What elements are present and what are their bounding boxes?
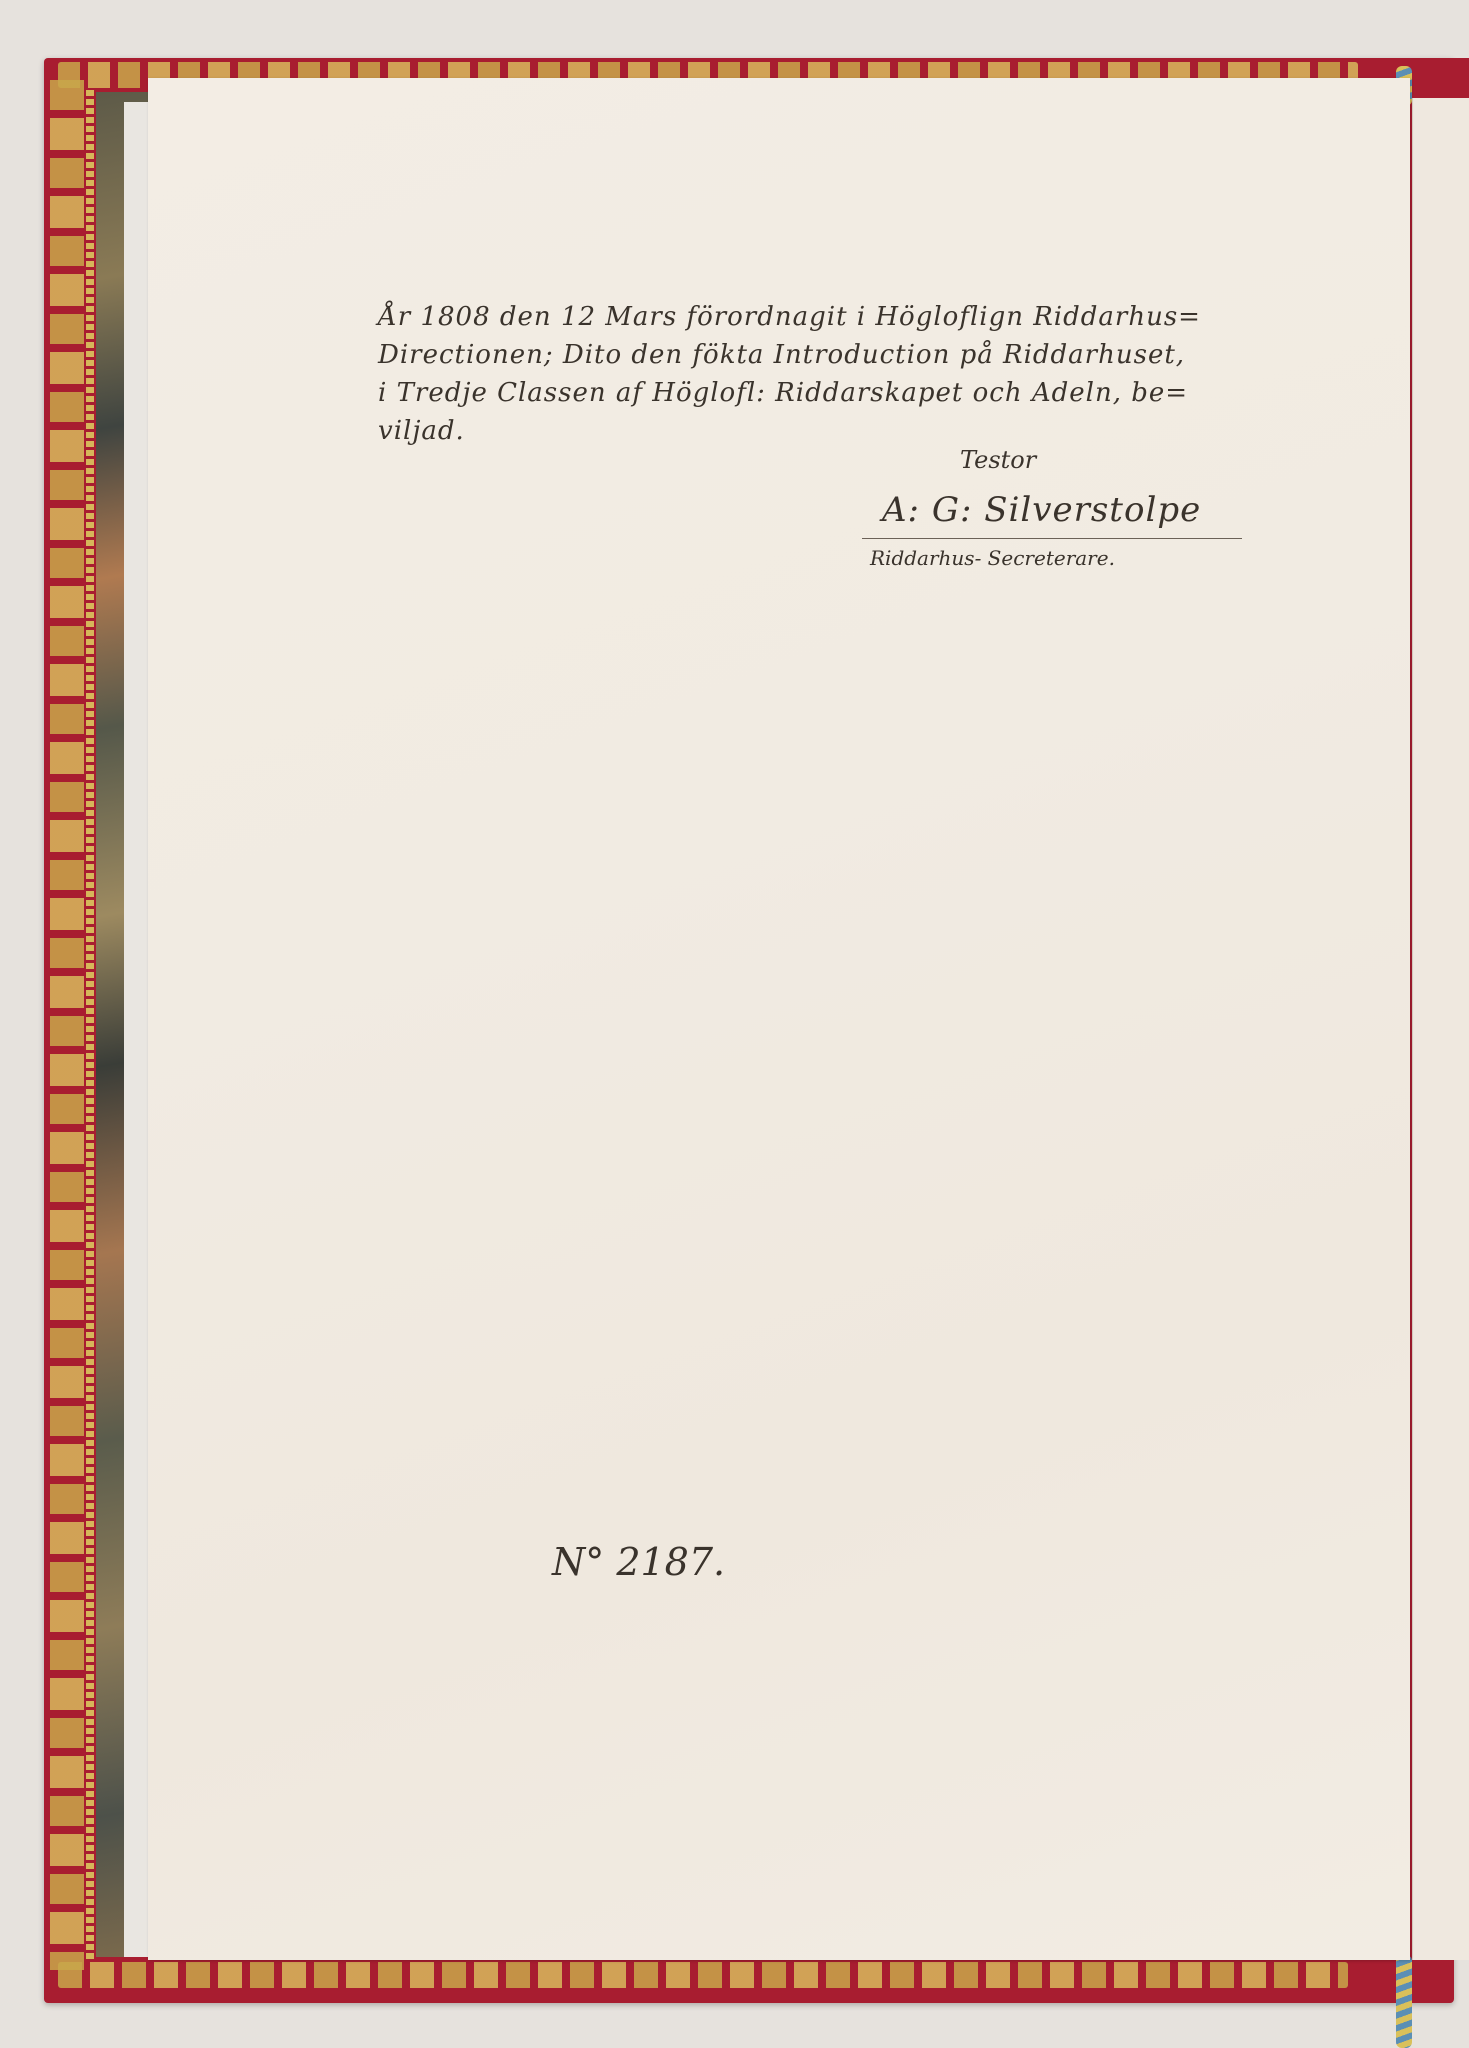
entry-line: År 1808 den 12 Mars förordnagit i Höglof…: [378, 298, 1388, 336]
handwritten-entry: År 1808 den 12 Mars förordnagit i Höglof…: [378, 298, 1388, 450]
signature-title: Riddarhus- Secreterare.: [870, 546, 1115, 570]
entry-line: Directionen; Dito den fökta Introduction…: [378, 336, 1388, 374]
facing-cover: [1412, 58, 1469, 98]
gilt-rope-ornament: [86, 90, 94, 1960]
entry-line: viljad.: [378, 412, 1388, 450]
facing-page-edge: [1412, 98, 1469, 1960]
bookmark-cord-bottom: [1396, 1955, 1412, 2048]
entry-line: i Tredje Classen af Höglofl: Riddarskape…: [378, 374, 1388, 412]
entry-number: N° 2187.: [552, 1540, 725, 1584]
testor-label: Testor: [960, 446, 1036, 474]
gilt-border-bottom: [58, 1962, 1348, 1988]
signature-name: A: G: Silverstolpe: [882, 490, 1201, 530]
signature-line: [862, 538, 1242, 539]
gilt-border-left: [50, 80, 84, 1970]
